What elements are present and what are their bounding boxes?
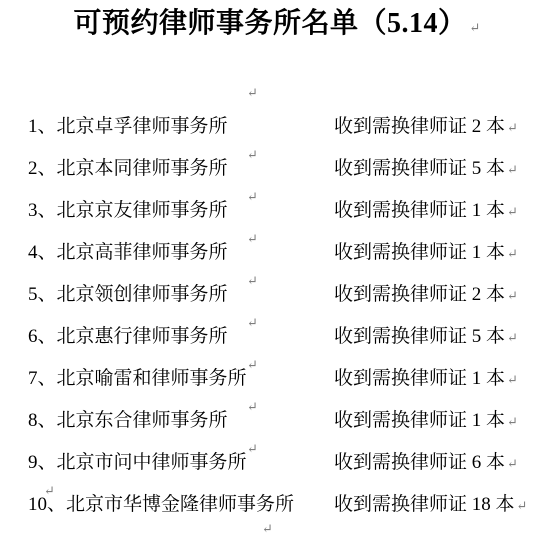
received-count-text: 收到需换律师证 1 本 [334, 242, 505, 263]
firm-row: 2、北京本同律师事务所收到需换律师证 5 本↵ [28, 158, 548, 179]
firm-row: 4、北京高菲律师事务所收到需换律师证 1 本↵ [28, 242, 548, 263]
paragraph-mark-icon: ↵ [507, 159, 518, 180]
received-count-text: 收到需换律师证 2 本 [334, 284, 505, 305]
paragraph-mark-icon: ↵ [507, 411, 518, 432]
empty-line-after-title: ↵ [247, 82, 258, 103]
firm-row: 7、北京喻雷和律师事务所收到需换律师证 1 本↵ [28, 368, 548, 389]
paragraph-mark-icon: ↵ [507, 117, 518, 138]
empty-line-after-list: ↵ [262, 518, 273, 539]
firm-row: 5、北京领创律师事务所收到需换律师证 2 本↵ [28, 284, 548, 305]
received-count-text: 收到需换律师证 2 本 [334, 116, 505, 137]
paragraph-mark-icon: ↵ [470, 20, 481, 35]
received-count-text: 收到需换律师证 1 本 [334, 368, 505, 389]
document-page: 可预约律师事务所名单（5.14）↵ ↵ 1、北京卓孚律师事务所收到需换律师证 2… [0, 0, 554, 542]
firm-row: 1、北京卓孚律师事务所收到需换律师证 2 本↵ [28, 116, 548, 137]
firm-name: 5、北京领创律师事务所 [28, 284, 334, 305]
paragraph-mark-icon: ↵ [507, 453, 518, 474]
firm-name: 6、北京惠行律师事务所 [28, 326, 334, 347]
received-count-text: 收到需换律师证 5 本 [334, 158, 505, 179]
firm-row: 10、北京市华博金隆律师事务所收到需换律师证 18 本↵ [28, 494, 548, 515]
firm-name: 3、北京京友律师事务所 [28, 200, 334, 221]
paragraph-mark-icon: ↵ [507, 243, 518, 264]
paragraph-mark-icon: ↵ [507, 201, 518, 222]
firm-row: 6、北京惠行律师事务所收到需换律师证 5 本↵ [28, 326, 548, 347]
paragraph-mark-icon: ↵ [247, 85, 258, 100]
firm-name: 10、北京市华博金隆律师事务所 [28, 494, 334, 515]
firm-name: 8、北京东合律师事务所 [28, 410, 334, 431]
paragraph-mark-icon: ↵ [517, 495, 528, 516]
received-count-text: 收到需换律师证 18 本 [334, 494, 515, 515]
firm-name: 1、北京卓孚律师事务所 [28, 116, 334, 137]
paragraph-mark-icon: ↵ [507, 327, 518, 348]
paragraph-mark-icon: ↵ [507, 369, 518, 390]
page-title: 可预约律师事务所名单（5.14） [74, 8, 467, 39]
received-count-text: 收到需换律师证 1 本 [334, 410, 505, 431]
firm-name: 7、北京喻雷和律师事务所 [28, 368, 334, 389]
received-count-text: 收到需换律师证 1 本 [334, 200, 505, 221]
received-count-text: 收到需换律师证 5 本 [334, 326, 505, 347]
firm-name: 9、北京市问中律师事务所 [28, 452, 334, 473]
firm-row: 3、北京京友律师事务所收到需换律师证 1 本↵ [28, 200, 548, 221]
firm-row: 8、北京东合律师事务所收到需换律师证 1 本↵ [28, 410, 548, 431]
firm-name: 4、北京高菲律师事务所 [28, 242, 334, 263]
received-count-text: 收到需换律师证 6 本 [334, 452, 505, 473]
paragraph-mark-icon: ↵ [507, 285, 518, 306]
firm-name: 2、北京本同律师事务所 [28, 158, 334, 179]
firm-row: 9、北京市问中律师事务所收到需换律师证 6 本↵ [28, 452, 548, 473]
document-title-row: 可预约律师事务所名单（5.14）↵ [0, 4, 554, 48]
paragraph-mark-icon: ↵ [262, 521, 273, 536]
